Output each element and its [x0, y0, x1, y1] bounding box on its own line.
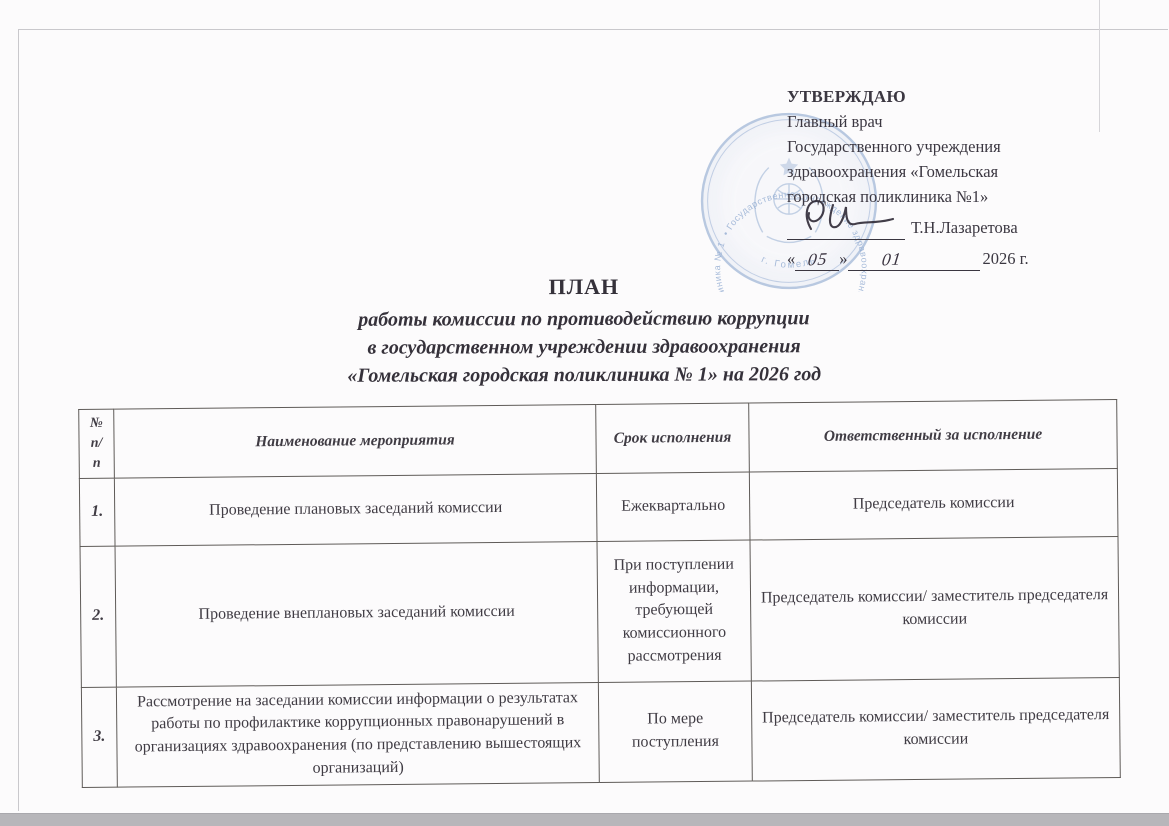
row-term: По мере поступления [598, 681, 752, 782]
header-responsible: Ответственный за исполнение [749, 400, 1118, 472]
approval-block: УТВЕРЖДАЮ Главный врач Государственного … [787, 84, 1137, 273]
title-line-sub: работы комиссии по противодействию корру… [234, 304, 934, 334]
table-row: 2. Проведение внеплановых заседаний коми… [80, 536, 1119, 687]
row-term: Ежеквартально [596, 472, 750, 541]
plan-table: № п/п Наименование мероприятия Срок испо… [78, 399, 1121, 787]
approval-line: здравоохранения «Гомельская [787, 159, 1137, 184]
handwritten-day: 05 [806, 247, 829, 273]
row-responsible: Председатель комиссии/ заместитель предс… [751, 677, 1120, 780]
table-row: 1. Проведение плановых заседаний комисси… [79, 468, 1118, 546]
scanned-document-page: • Государственное учреждение здравоохран… [0, 0, 1169, 826]
close-quote: » [839, 249, 847, 268]
approval-line: Государственного учреждения [787, 134, 1137, 159]
row-num: 2. [80, 546, 116, 687]
signer-name: Т.Н.Лазаретова [911, 218, 1018, 237]
scanner-bottom-band [0, 813, 1169, 826]
title-line-sub: в государственном учреждении здравоохран… [234, 332, 934, 362]
date-day-blank: 05 [795, 247, 839, 271]
row-term: При поступлении информации, требующей ко… [597, 540, 751, 682]
table-header-row: № п/п Наименование мероприятия Срок испо… [79, 400, 1118, 479]
handwritten-month: 01 [880, 247, 903, 273]
header-num: № п/п [79, 409, 115, 478]
approval-heading: УТВЕРЖДАЮ [787, 84, 1137, 109]
header-activity: Наименование мероприятия [114, 405, 597, 478]
approval-date-row: «05»012026 г. [787, 246, 1137, 273]
title-line-sub: «Гомельская городская поликлиника № 1» н… [234, 360, 934, 390]
date-month-blank: 01 [848, 247, 980, 271]
header-term: Срок исполнения [596, 403, 750, 473]
document-title: ПЛАН работы комиссии по противодействию … [234, 273, 934, 390]
table-row: 3. Рассмотрение на заседании комиссии ин… [81, 677, 1120, 787]
signature-row: Т.Н.Лазаретова [787, 215, 1137, 243]
plan-table-wrapper: № п/п Наименование мероприятия Срок испо… [78, 399, 1121, 787]
open-quote: « [787, 249, 795, 268]
row-activity: Проведение плановых заседаний комиссии [114, 473, 597, 546]
date-year: 2026 г. [983, 249, 1029, 268]
handwritten-signature [795, 193, 899, 237]
row-num: 3. [81, 687, 117, 787]
row-responsible: Председатель комиссии/ заместитель предс… [750, 536, 1119, 681]
row-responsible: Председатель комиссии [749, 468, 1118, 540]
row-num: 1. [79, 478, 115, 546]
title-line-main: ПЛАН [234, 273, 934, 301]
row-activity: Проведение внеплановых заседаний комисси… [115, 541, 598, 687]
row-activity: Рассмотрение на заседании комиссии инфор… [116, 682, 599, 786]
approval-line: Главный врач [787, 109, 1137, 134]
